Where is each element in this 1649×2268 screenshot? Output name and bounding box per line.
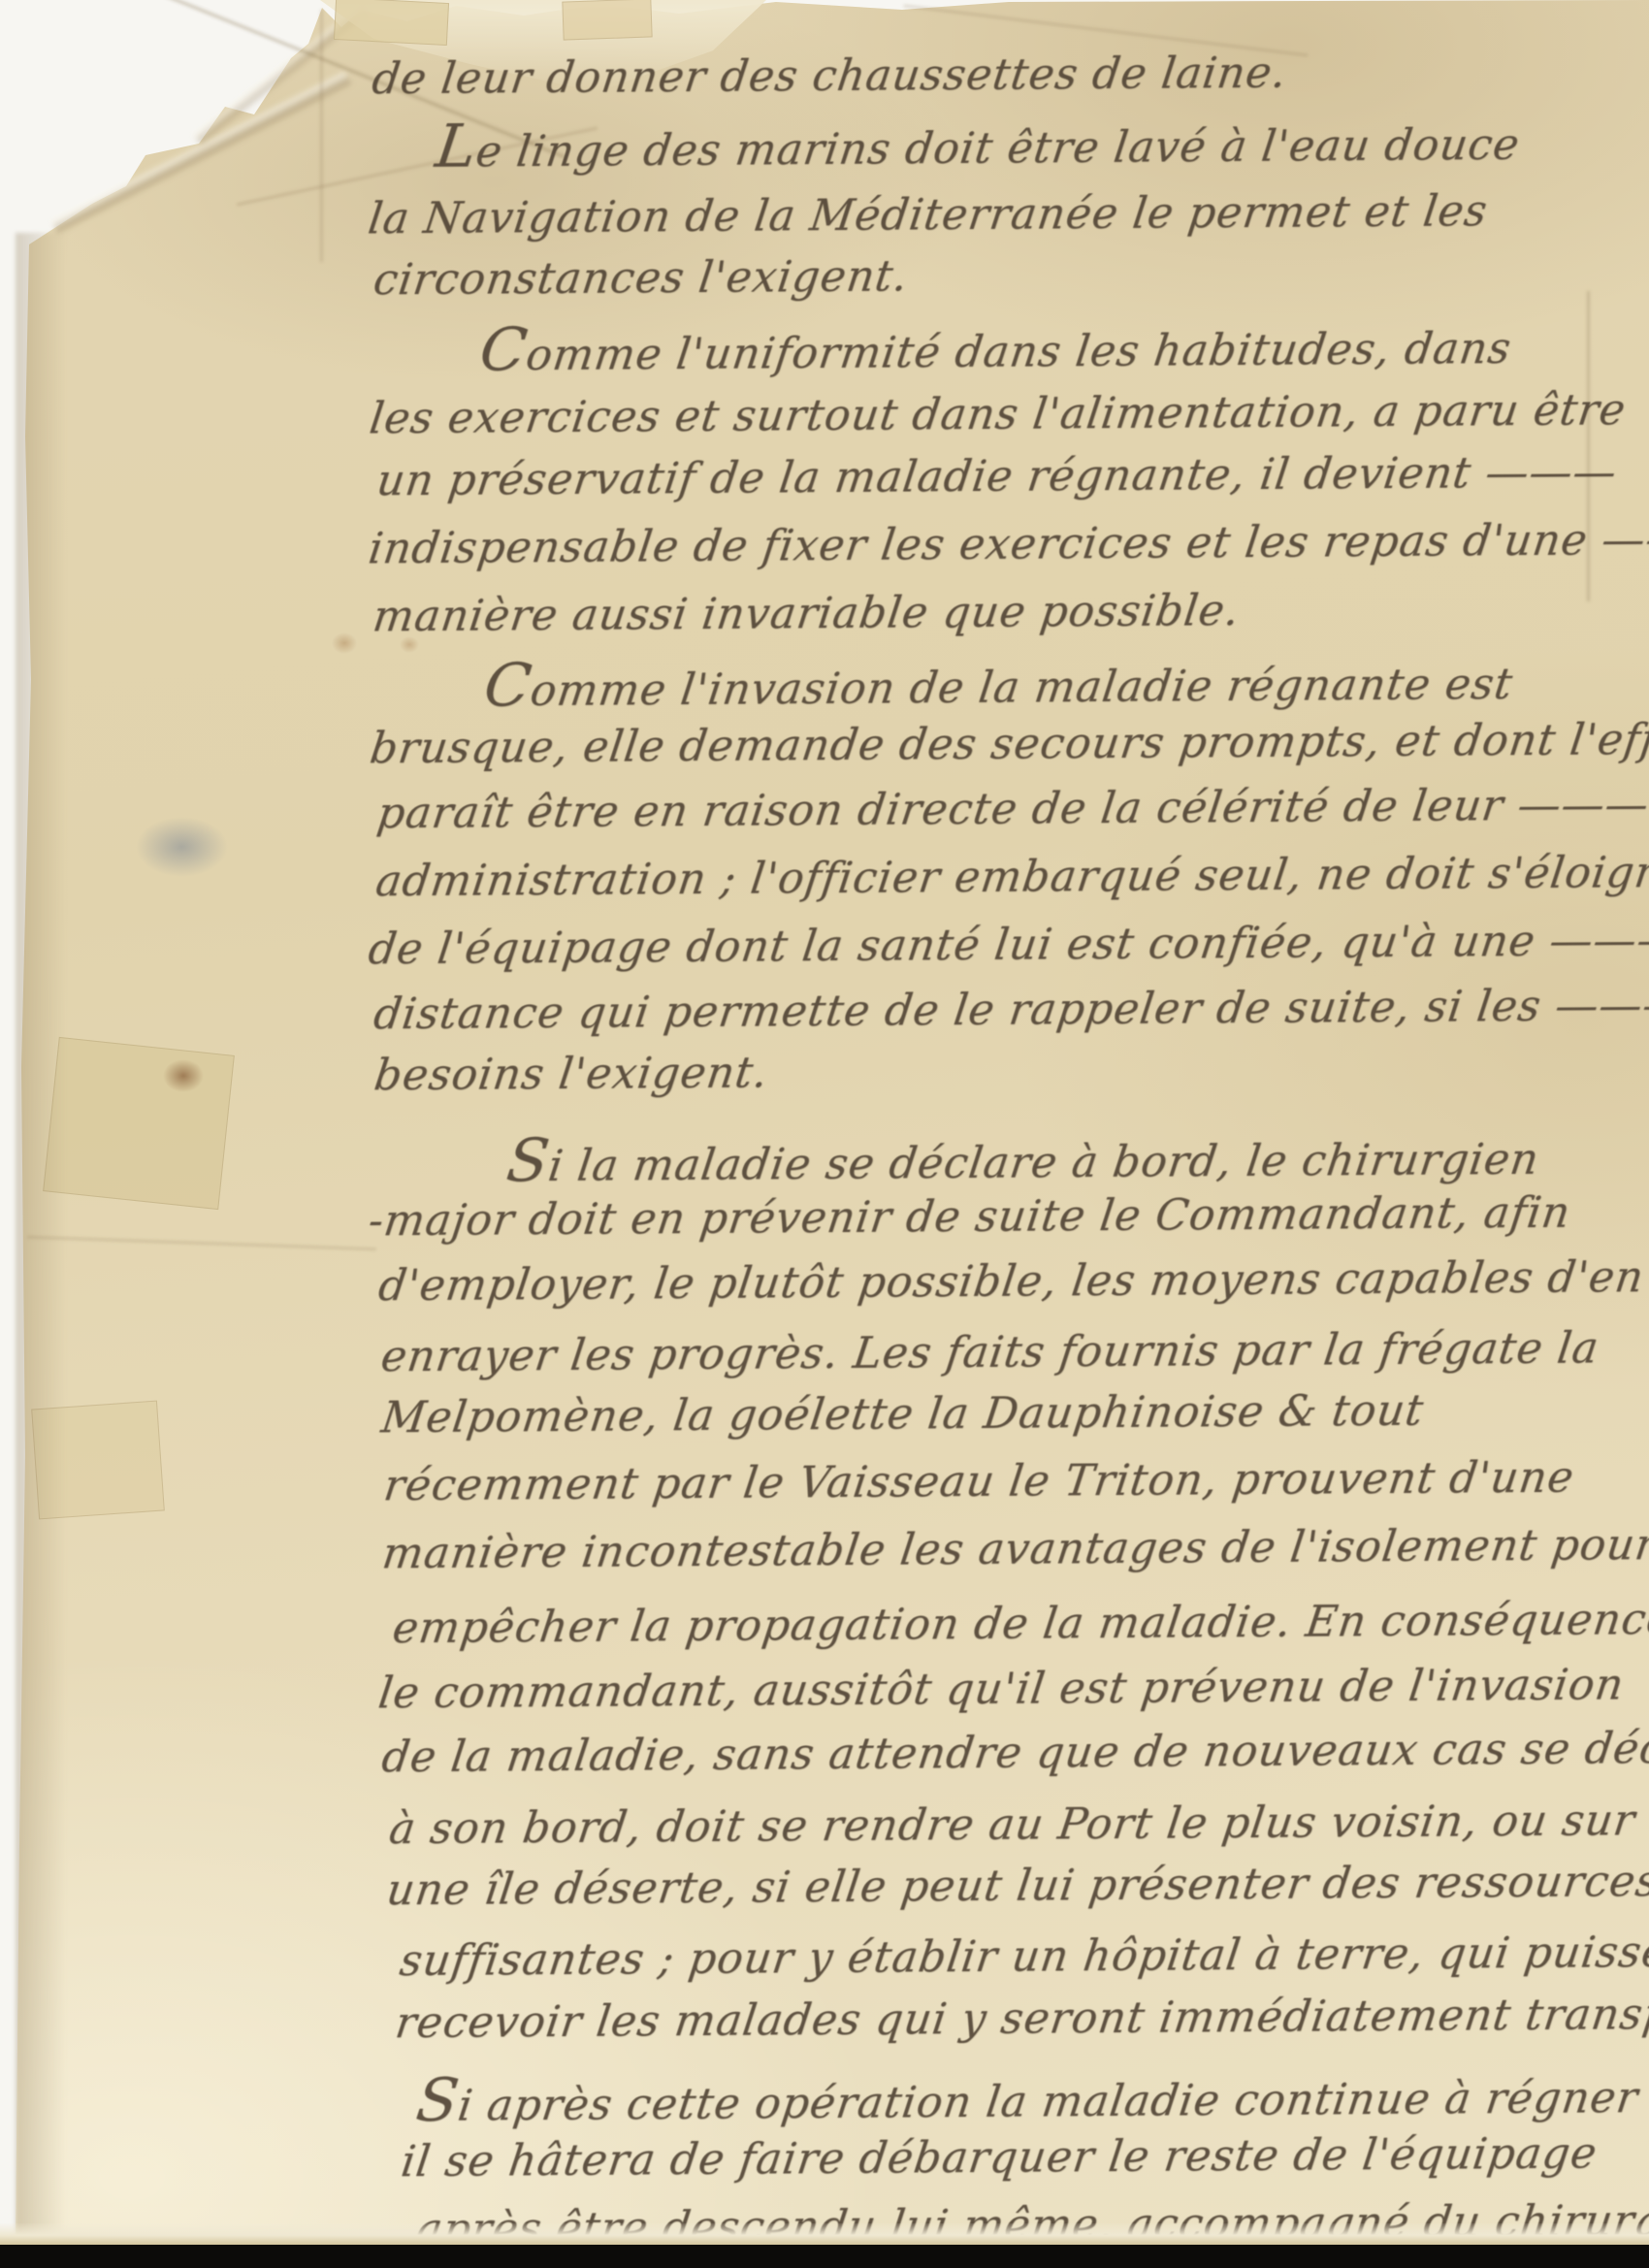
manuscript-line: Si après cette opération la maladie cont… [412,2057,1643,2135]
manuscript-line: de la maladie, sans attendre que de nouv… [379,1723,1649,1782]
manuscript-line: le commandant, aussitôt qu'il est préven… [375,1660,1627,1718]
manuscript-line: besoins l'exigent. [372,1048,771,1100]
manuscript-line: circonstances l'exigent. [371,251,911,305]
manuscript-line: les exercices et surtout dans l'alimenta… [367,385,1629,443]
manuscript-line: distance qui permette de le rappeler de … [371,981,1649,1039]
manuscript-line: suffisantes ; pour y établir un hôpital … [397,1928,1649,1986]
manuscript-line: Si la maladie se déclare à bord, le chir… [502,1118,1544,1195]
manuscript-line: un préservatif de la maladie régnante, i… [373,447,1620,505]
manuscript-line: de l'équipage dont la santé lui est conf… [366,916,1649,974]
manuscript-line: administration ; l'officier embarqué seu… [372,848,1649,907]
manuscript-line: une île déserte, si elle peut lui présen… [384,1857,1649,1915]
manuscript-line: la Navigation de la Méditerranée le perm… [366,186,1491,243]
manuscript-line: manière incontestable les avantages de l… [379,1520,1649,1578]
handwritten-text: de leur donner des chaussettes de laine.… [0,0,1649,2268]
manuscript-line: à son bord, doit se rendre au Port le pl… [386,1796,1638,1854]
manuscript-line: Comme l'uniformité dans les habitudes, d… [476,308,1517,384]
manuscript-line: de leur donner des chaussettes de laine. [370,49,1290,105]
manuscript-line: recevoir les malades qui y seront immédi… [393,1989,1649,2048]
manuscript-line: Melpomène, la goélette la Dauphinoise & … [378,1386,1427,1443]
manuscript-line: empêcher la propagation de la maladie. E… [390,1594,1649,1653]
manuscript-line: indispensable de fixer les exercices et … [366,514,1649,573]
scanner-bottom-strip [0,2245,1649,2268]
manuscript-line: -major doit en prévenir de suite le Comm… [366,1188,1574,1247]
manuscript-line: d'employer, le plutôt possible, les moye… [375,1252,1647,1311]
manuscript-line: il se hâtera de faire débarquer le reste… [399,2128,1600,2187]
manuscript-line: Comme l'invasion de la maladie régnante … [480,643,1518,720]
manuscript-line: brusque, elle demande des secours prompt… [367,714,1649,773]
scanned-document: de leur donner des chaussettes de laine.… [0,0,1649,2268]
manuscript-line: paraît être en raison directe de la célé… [374,780,1649,838]
manuscript-line: récemment par le Vaisseau le Triton, pro… [381,1453,1577,1511]
manuscript-line: Le linge des marins doit être lavé à l'e… [432,104,1525,181]
manuscript-line: enrayer les progrès. Les faits fournis p… [378,1323,1602,1381]
manuscript-line: manière aussi invariable que possible. [370,586,1243,641]
